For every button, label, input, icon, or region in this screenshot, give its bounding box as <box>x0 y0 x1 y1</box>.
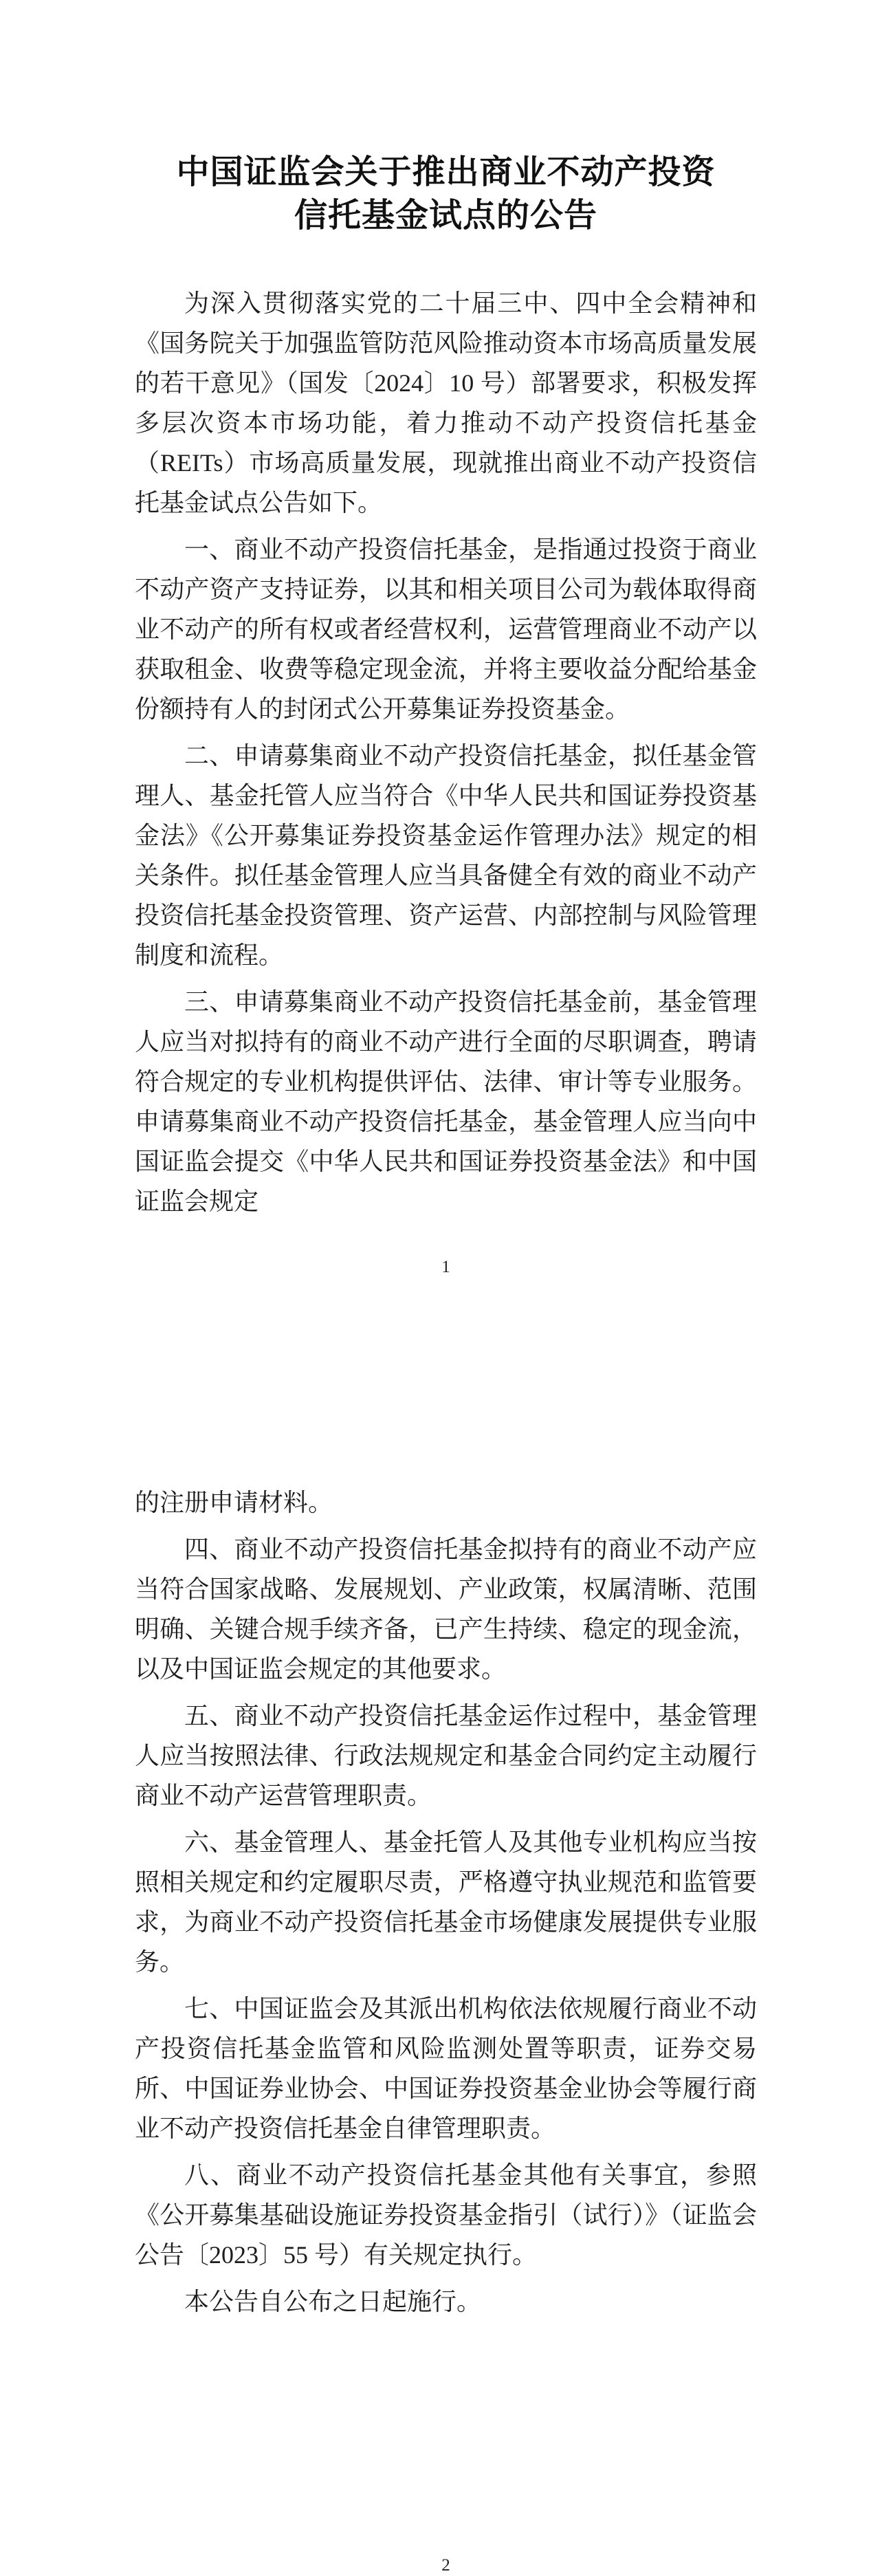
page-number-1: 1 <box>135 1257 757 1278</box>
page1-body: 为深入贯彻落实党的二十届三中、四中全会精神和《国务院关于加强监管防范风险推动资本… <box>135 283 757 1221</box>
paragraph-item-4: 四、商业不动产投资信托基金拟持有的商业不动产应当符合国家战略、发展规划、产业政策… <box>135 1529 757 1689</box>
paragraph-item-2: 二、申请募集商业不动产投资信托基金，拟任基金管理人、基金托管人应当符合《中华人民… <box>135 736 757 975</box>
document-title: 中国证监会关于推出商业不动产投资 信托基金试点的公告 <box>135 0 757 237</box>
paragraph-item-8: 八、商业不动产投资信托基金其他有关事宜，参照《公开募集基础设施证券投资基金指引（… <box>135 2155 757 2275</box>
document-title-line2: 信托基金试点的公告 <box>135 194 757 237</box>
paragraph-item-7: 七、中国证监会及其派出机构依法依规履行商业不动产投资信托基金监管和风险监测处置等… <box>135 1989 757 2148</box>
document-title-line1: 中国证监会关于推出商业不动产投资 <box>135 151 757 194</box>
paragraph-item-6: 六、基金管理人、基金托管人及其他专业机构应当按照相关规定和约定履职尽责，严格遵守… <box>135 1822 757 1982</box>
paragraph-item-5: 五、商业不动产投资信托基金运作过程中，基金管理人应当按照法律、行政法规规定和基金… <box>135 1696 757 1815</box>
paragraph-item-1: 一、商业不动产投资信托基金，是指通过投资于商业不动产资产支持证券，以其和相关项目… <box>135 530 757 729</box>
paragraph-item-3: 三、申请募集商业不动产投资信托基金前，基金管理人应当对拟持有的商业不动产进行全面… <box>135 982 757 1221</box>
paragraph-item-3-continuation: 的注册申请材料。 <box>135 1483 757 1522</box>
paragraph-intro: 为深入贯彻落实党的二十届三中、四中全会精神和《国务院关于加强监管防范风险推动资本… <box>135 283 757 523</box>
paragraph-effective-date: 本公告自公布之日起施行。 <box>135 2282 757 2322</box>
page-number-2: 2 <box>135 2555 757 2576</box>
document-page: 中国证监会关于推出商业不动产投资 信托基金试点的公告 为深入贯彻落实党的二十届三… <box>0 0 880 2576</box>
page2-body: 的注册申请材料。 四、商业不动产投资信托基金拟持有的商业不动产应当符合国家战略、… <box>135 1483 757 2322</box>
